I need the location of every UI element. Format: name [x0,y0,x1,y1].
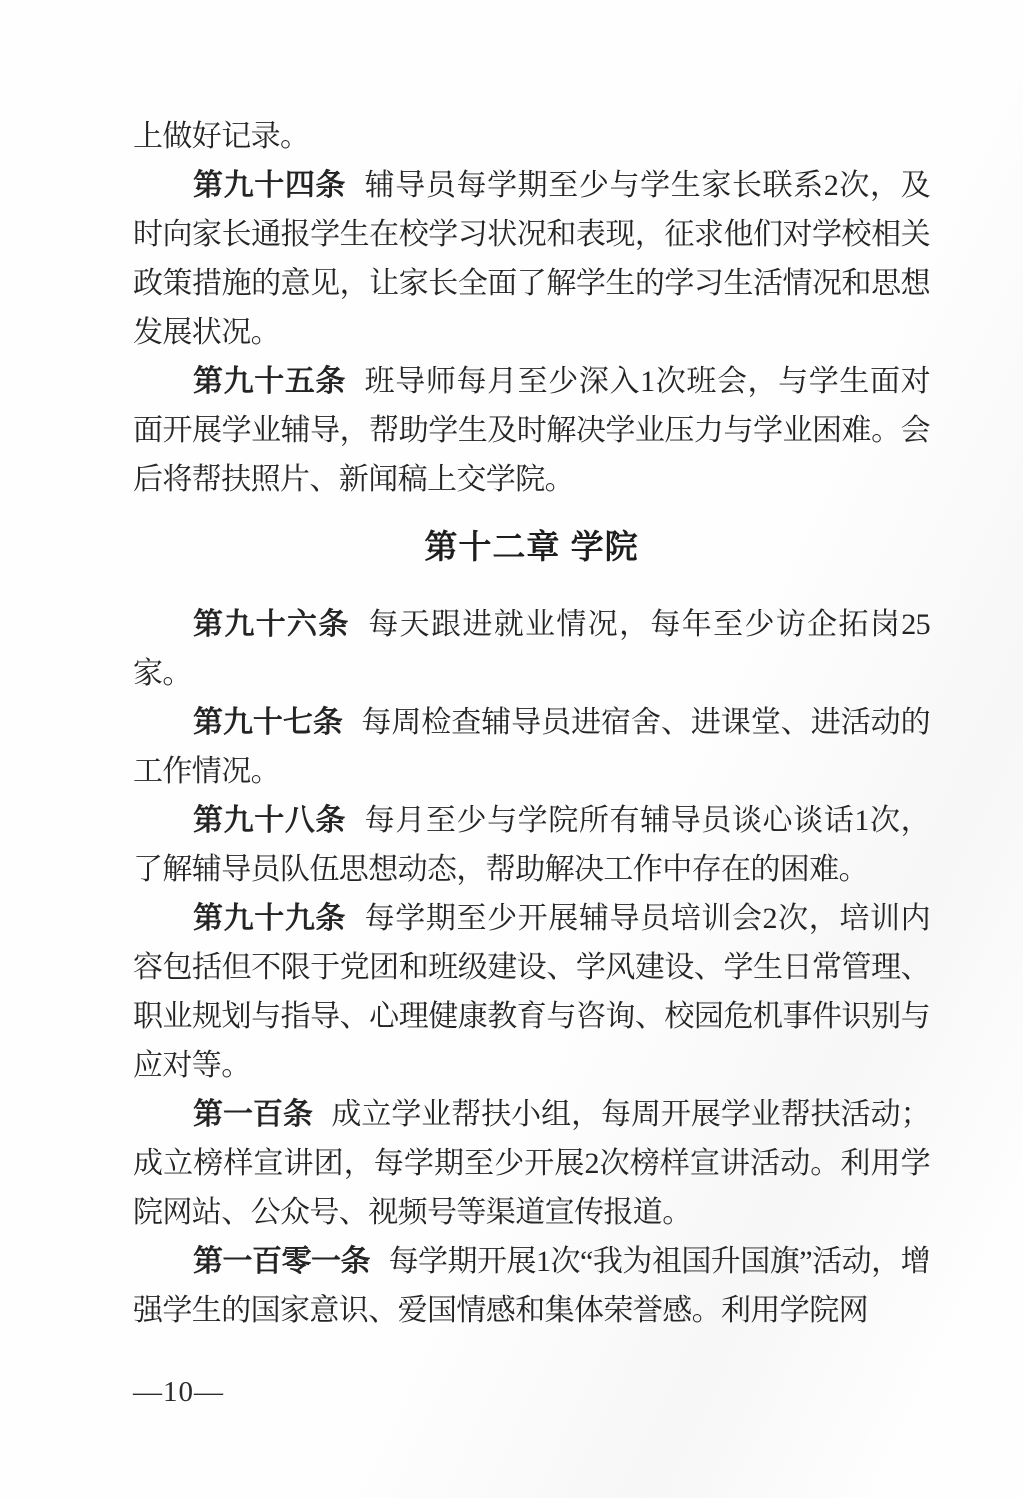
article-95-paragraph: 第九十五条班导师每月至少深入1次班会，与学生面对面开展学业辅导，帮助学生及时解决… [133,357,930,504]
article-97-paragraph: 第九十七条每周检查辅导员进宿舍、进课堂、进活动的工作情况。 [133,698,930,796]
article-99-label: 第九十九条 [193,902,346,935]
article-99-paragraph: 第九十九条每学期至少开展辅导员培训会2次，培训内容包括但不限于党团和班级建设、学… [133,894,930,1090]
article-94-paragraph: 第九十四条辅导员每学期至少与学生家长联系2次，及时向家长通报学生在校学习状况和表… [133,161,930,357]
article-96-label: 第九十六条 [193,608,350,641]
document-page: { "colors": { "background": "#fefefe", "… [0,0,1023,1498]
article-101-label: 第一百零一条 [193,1245,370,1278]
article-101-paragraph: 第一百零一条每学期开展1次“我为祖国升国旗”活动，增强学生的国家意识、爱国情感和… [133,1237,930,1335]
article-98-paragraph: 第九十八条每月至少与学院所有辅导员谈心谈话1次，了解辅导员队伍思想动态，帮助解决… [133,796,930,894]
continuation-paragraph: 上做好记录。 [133,112,930,161]
chapter-heading: 第十二章 学院 [133,524,930,570]
article-97-label: 第九十七条 [193,706,343,739]
article-95-label: 第九十五条 [193,365,346,398]
article-98-label: 第九十八条 [193,804,346,837]
article-100-paragraph: 第一百条成立学业帮扶小组，每周开展学业帮扶活动；成立榜样宣讲团，每学期至少开展2… [133,1090,930,1237]
page-number: —10— [133,1372,224,1412]
article-94-label: 第九十四条 [193,169,346,202]
article-96-paragraph: 第九十六条每天跟进就业情况，每年至少访企拓岗25家。 [133,600,930,698]
text-column: 上做好记录。 第九十四条辅导员每学期至少与学生家长联系2次，及时向家长通报学生在… [133,112,930,1335]
article-100-label: 第一百条 [193,1098,313,1131]
